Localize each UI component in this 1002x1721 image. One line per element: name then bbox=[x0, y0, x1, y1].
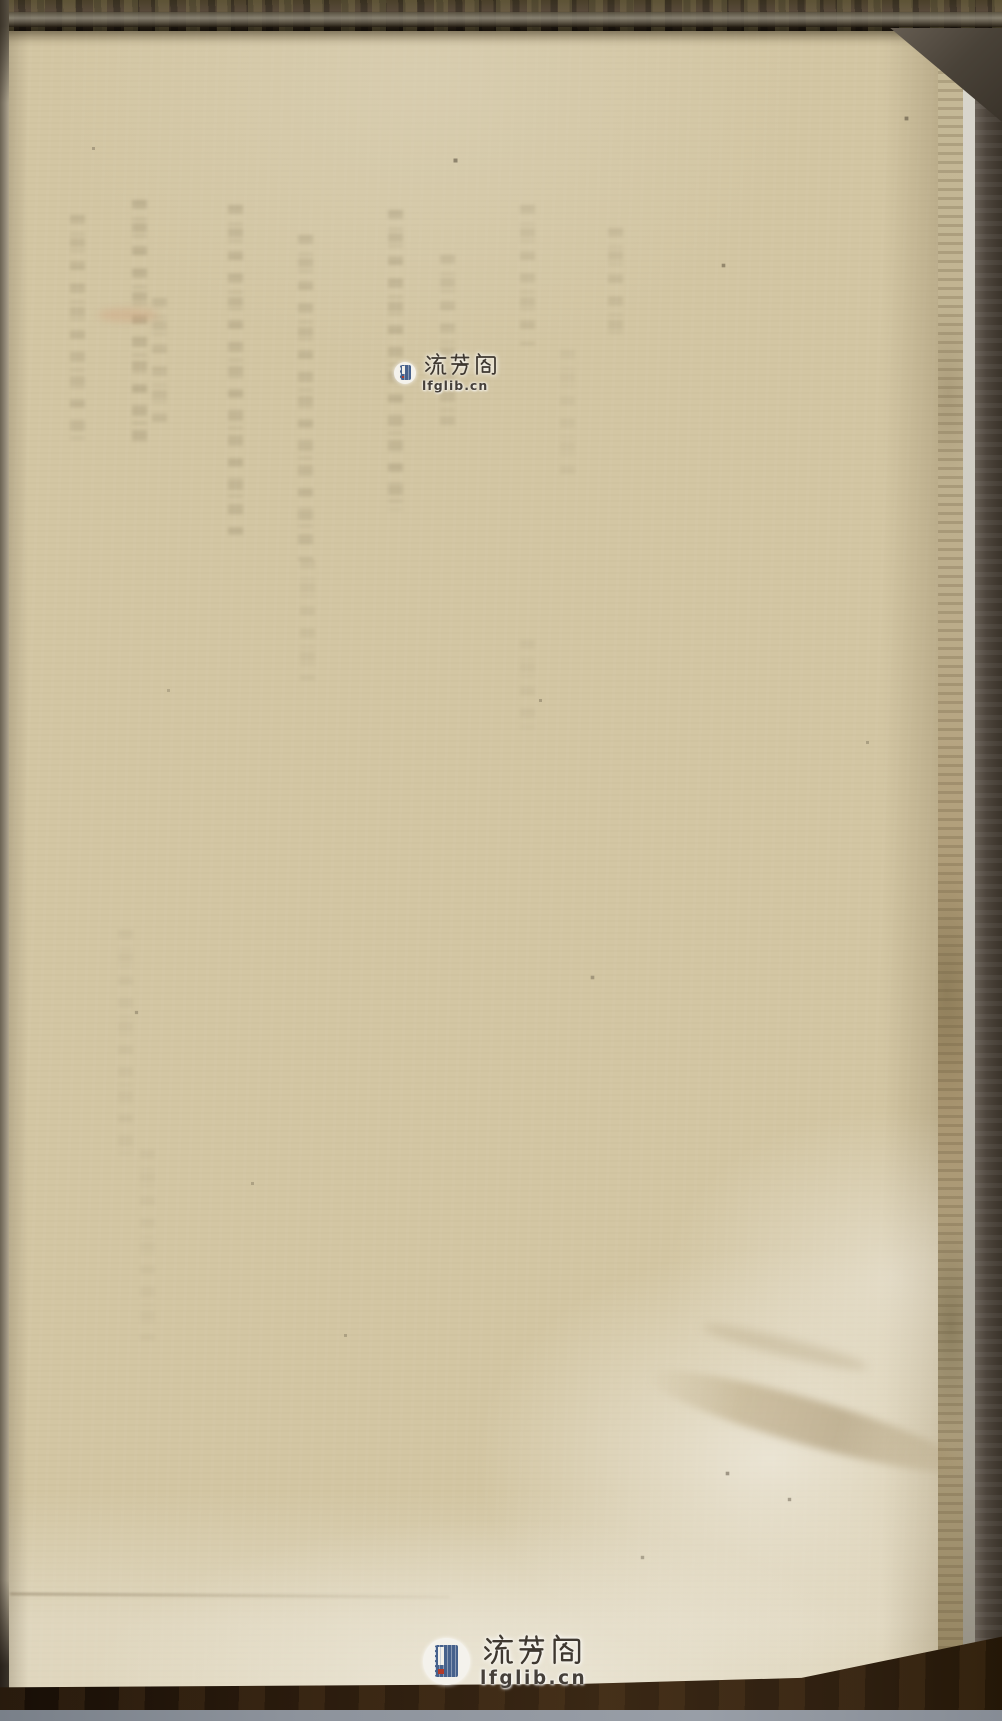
watermark-text: 流芳阁 lfglib.cn bbox=[422, 352, 498, 393]
bleedthrough-column bbox=[520, 640, 535, 730]
page-stack-rough-edge bbox=[936, 26, 963, 1692]
bleedthrough-column bbox=[70, 215, 85, 445]
bleedthrough-column bbox=[520, 205, 535, 345]
bleedthrough-column bbox=[118, 930, 133, 1160]
bleedthrough-column bbox=[132, 200, 147, 445]
bleedthrough-column bbox=[228, 205, 243, 535]
paper-specks bbox=[0, 0, 1, 1]
left-photo-border bbox=[0, 0, 9, 1717]
bleedthrough-column bbox=[440, 255, 455, 425]
brand-cn-text-art bbox=[480, 1633, 583, 1667]
brand-cn-text-art bbox=[422, 352, 498, 377]
book-top-edge-band bbox=[0, 0, 1002, 31]
stitched-book-icon bbox=[423, 1638, 470, 1685]
watermark-bottom: 流芳阁 lfglib.cn bbox=[423, 1633, 587, 1689]
watermark-top: 流芳阁 lfglib.cn bbox=[394, 352, 498, 393]
page-stack-highlight-edge bbox=[962, 24, 975, 1716]
watermark-text: 流芳阁 lfglib.cn bbox=[480, 1633, 587, 1689]
reddish-smudge bbox=[98, 308, 158, 322]
bleedthrough-column bbox=[140, 1150, 155, 1340]
bleedthrough-column bbox=[608, 228, 623, 343]
book-cover-icon bbox=[400, 365, 411, 380]
bleedthrough-column bbox=[298, 235, 313, 560]
stitched-book-icon bbox=[394, 362, 416, 384]
right-background-edge bbox=[974, 0, 1002, 1721]
book-cover-icon bbox=[435, 1645, 458, 1678]
brand-domain-text: lfglib.cn bbox=[422, 378, 488, 393]
brand-domain-text: lfglib.cn bbox=[480, 1668, 587, 1689]
bleedthrough-column bbox=[300, 560, 315, 680]
bottom-table-strip bbox=[0, 1710, 1002, 1721]
book-scan-photo: 流芳阁 lfglib.cn 流芳阁 lfglib.cn bbox=[0, 0, 1002, 1721]
bleedthrough-column bbox=[560, 350, 575, 480]
